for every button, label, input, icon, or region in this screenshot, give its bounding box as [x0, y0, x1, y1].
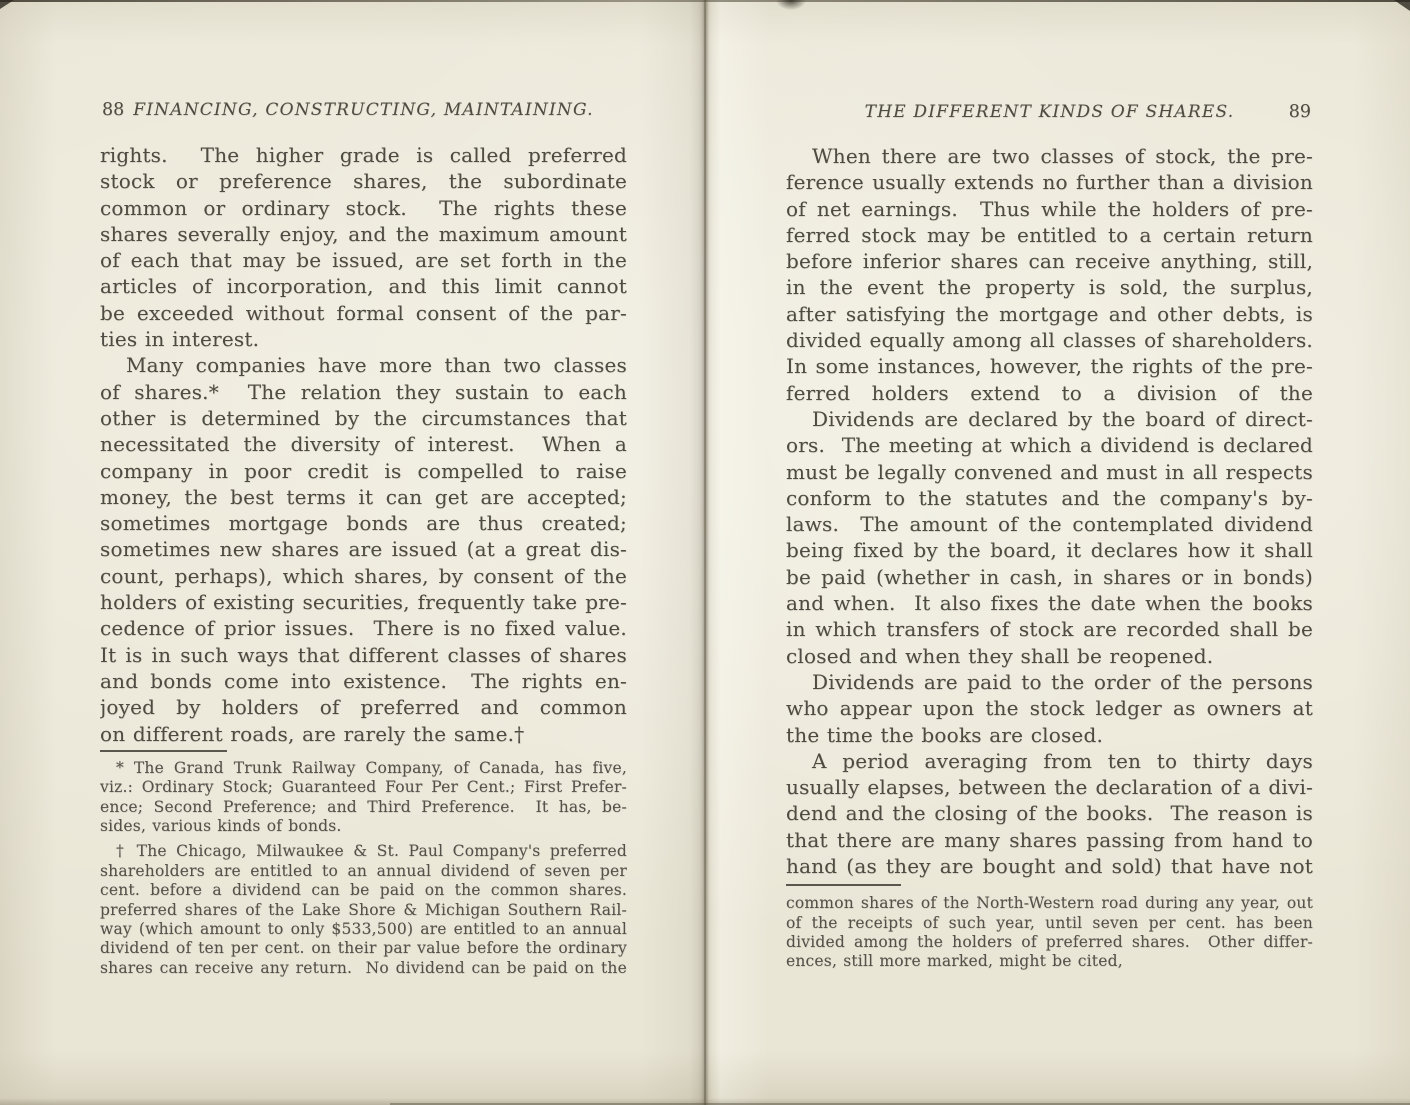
text-line: ferred holders extend to a division of t… [786, 380, 1313, 406]
text-line: of shares.* The relation they sustain to… [100, 379, 627, 405]
text-line: shareholders are entitled to an annual d… [100, 862, 627, 881]
footnotes-left: * The Grand Trunk Railway Company, of Ca… [100, 759, 627, 978]
text-line: divided equally among all classes of sha… [786, 327, 1313, 353]
text-line: stock or preference shares, the subordin… [100, 168, 627, 194]
text-line: A period averaging from ten to thirty da… [786, 748, 1313, 774]
text-line: on different roads, are rarely the same.… [100, 721, 627, 747]
paragraph: † The Chicago, Milwaukee & St. Paul Comp… [100, 842, 627, 978]
text-line: sometimes new shares are issued (at a gr… [100, 536, 627, 562]
text-line: way (which amount to only $533,500) are … [100, 920, 627, 939]
text-line: the time the books are closed. [786, 722, 1313, 748]
text-line: holders of existing securities, frequent… [100, 589, 627, 615]
text-line: preferred shares of the Lake Shore & Mic… [100, 901, 627, 920]
text-line: When there are two classes of stock, the… [786, 143, 1313, 169]
text-line: In some instances, however, the rights o… [786, 353, 1313, 379]
running-head-left: 88 FINANCING, CONSTRUCTING, MAINTAINING. [100, 98, 627, 122]
text-line: of each that may be issued, are set fort… [100, 247, 627, 273]
text-line: common shares of the North-Western road … [786, 894, 1313, 913]
text-line: count, perhaps), which shares, by consen… [100, 563, 627, 589]
text-line: hand (as they are bought and sold) that … [786, 853, 1313, 879]
text-line: ences, still more marked, might be cited… [786, 952, 1313, 971]
gutter-crease-line [704, 0, 706, 1105]
text-line: of net earnings. Thus while the holders … [786, 196, 1313, 222]
paragraph: Many companies have more than two classe… [100, 352, 627, 746]
text-line: necessitated the diversity of interest. … [100, 431, 627, 457]
text-line: being fixed by the board, it declares ho… [786, 537, 1313, 563]
page-number-left: 88 [102, 98, 124, 122]
scan-corner-top-right [1394, 0, 1410, 11]
text-line: cedence of prior issues. There is no fix… [100, 615, 627, 641]
text-line: before inferior shares can receive anyth… [786, 248, 1313, 274]
running-head-right: THE DIFFERENT KINDS OF SHARES. 89 [786, 100, 1313, 124]
text-line: shares can receive any return. No divide… [100, 959, 627, 978]
text-line: in the event the property is sold, the s… [786, 274, 1313, 300]
text-line: conform to the statutes and the company'… [786, 485, 1313, 511]
paragraph: common shares of the North-Western road … [786, 894, 1313, 972]
text-line: company in poor credit is compelled to r… [100, 458, 627, 484]
text-line: Dividends are paid to the order of the p… [786, 669, 1313, 695]
paragraph: A period averaging from ten to thirty da… [786, 748, 1313, 879]
scan-corner-top-left [0, 0, 14, 9]
page-left: 88 FINANCING, CONSTRUCTING, MAINTAINING.… [100, 98, 627, 978]
text-line: articles of incorporation, and this limi… [100, 273, 627, 299]
text-line: divided among the holders of preferred s… [786, 933, 1313, 952]
running-title-left: FINANCING, CONSTRUCTING, MAINTAINING. [133, 100, 594, 120]
text-line: usually elapses, between the declaration… [786, 774, 1313, 800]
text-line: Many companies have more than two classe… [100, 352, 627, 378]
text-line: sometimes mortgage bonds are thus create… [100, 510, 627, 536]
text-line: ence; Second Preference; and Third Prefe… [100, 798, 627, 817]
body-text-left: rights. The higher grade is called prefe… [100, 142, 627, 747]
paragraph: Dividends are declared by the board of d… [786, 406, 1313, 669]
paragraph: Dividends are paid to the order of the p… [786, 669, 1313, 748]
gutter-top-notch [776, 0, 806, 10]
text-line: in which transfers of stock are recorded… [786, 616, 1313, 642]
text-line: † The Chicago, Milwaukee & St. Paul Comp… [100, 842, 627, 861]
text-line: It is in such ways that different classe… [100, 642, 627, 668]
scan-top-edge [0, 0, 1410, 2]
body-text-right: When there are two classes of stock, the… [786, 143, 1313, 879]
text-line: be paid (whether in cash, in shares or i… [786, 564, 1313, 590]
text-line: ties in interest. [100, 326, 627, 352]
text-line: viz.: Ordinary Stock; Guaranteed Four Pe… [100, 778, 627, 797]
footnotes-right: common shares of the North-Western road … [786, 894, 1313, 972]
text-line: and when. It also fixes the date when th… [786, 590, 1313, 616]
footnote-rule-left [100, 750, 227, 752]
text-line: and bonds come into existence. The right… [100, 668, 627, 694]
footnote-rule-right [786, 884, 901, 886]
page-number-right: 89 [1289, 100, 1311, 124]
book-spread: 88 FINANCING, CONSTRUCTING, MAINTAINING.… [0, 0, 1410, 1105]
running-title-right: THE DIFFERENT KINDS OF SHARES. [865, 102, 1235, 122]
text-line: of the receipts of such year, until seve… [786, 914, 1313, 933]
text-line: ference usually extends no further than … [786, 169, 1313, 195]
text-line: ors. The meeting at which a dividend is … [786, 432, 1313, 458]
paragraph: When there are two classes of stock, the… [786, 143, 1313, 406]
paragraph: * The Grand Trunk Railway Company, of Ca… [100, 759, 627, 837]
text-line: who appear upon the stock ledger as owne… [786, 695, 1313, 721]
text-line: common or ordinary stock. The rights the… [100, 195, 627, 221]
text-line: Dividends are declared by the board of d… [786, 406, 1313, 432]
text-line: dividend of ten per cent. on their par v… [100, 939, 627, 958]
paragraph: rights. The higher grade is called prefe… [100, 142, 627, 352]
text-line: shares severally enjoy, and the maximum … [100, 221, 627, 247]
text-line: cent. before a dividend can be paid on t… [100, 881, 627, 900]
text-line: dend and the closing of the books. The r… [786, 800, 1313, 826]
text-line: must be legally convened and must in all… [786, 459, 1313, 485]
text-line: laws. The amount of the contemplated div… [786, 511, 1313, 537]
text-line: other is determined by the circumstances… [100, 405, 627, 431]
text-line: be exceeded without formal consent of th… [100, 300, 627, 326]
text-line: money, the best terms it can get are acc… [100, 484, 627, 510]
text-line: * The Grand Trunk Railway Company, of Ca… [100, 759, 627, 778]
text-line: rights. The higher grade is called prefe… [100, 142, 627, 168]
text-line: that there are many shares passing from … [786, 827, 1313, 853]
text-line: joyed by holders of preferred and common… [100, 694, 627, 720]
text-line: ferred stock may be entitled to a certai… [786, 222, 1313, 248]
text-line: sides, various kinds of bonds. [100, 817, 627, 836]
text-line: closed and when they shall be reopened. [786, 643, 1313, 669]
page-right: THE DIFFERENT KINDS OF SHARES. 89 When t… [786, 100, 1313, 972]
text-line: after satisfying the mortgage and other … [786, 301, 1313, 327]
